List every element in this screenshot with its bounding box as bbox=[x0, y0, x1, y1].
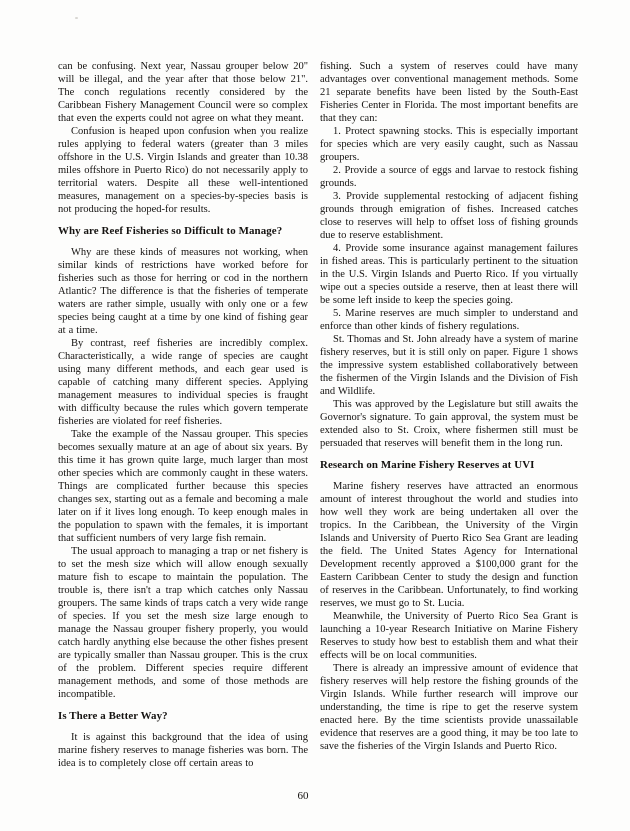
right-column: fishing. Such a system of reserves could… bbox=[320, 60, 578, 770]
paragraph-background-reserves: It is against this background that the i… bbox=[58, 731, 308, 770]
section-heading-why-difficult: Why are Reef Fisheries so Difficult to M… bbox=[58, 225, 308, 238]
page-number: 60 bbox=[58, 790, 548, 802]
two-column-text-block: can be confusing. Next year, Nassau grou… bbox=[58, 60, 578, 770]
benefit-item-2: 2. Provide a source of eggs and larvae t… bbox=[320, 164, 578, 190]
benefit-item-5: 5. Marine reserves are much simpler to u… bbox=[320, 307, 578, 333]
benefit-item-3: 3. Provide supplemental restocking of ad… bbox=[320, 190, 578, 242]
paragraph-fishing-benefits-intro: fishing. Such a system of reserves could… bbox=[320, 60, 578, 125]
paragraph-reef-complex: By contrast, reef fisheries are incredib… bbox=[58, 337, 308, 428]
paragraph-confusing-rules: can be confusing. Next year, Nassau grou… bbox=[58, 60, 308, 125]
paragraph-legislature-approval: This was approved by the Legislature but… bbox=[320, 398, 578, 450]
paragraph-research-interest: Marine fishery reserves have attracted a… bbox=[320, 480, 578, 610]
left-column: can be confusing. Next year, Nassau grou… bbox=[58, 60, 308, 770]
paragraph-mesh-size: The usual approach to managing a trap or… bbox=[58, 545, 308, 701]
section-heading-research-uvi: Research on Marine Fishery Reserves at U… bbox=[320, 459, 578, 472]
paragraph-evidence-conclusion: There is already an impressive amount of… bbox=[320, 662, 578, 753]
paragraph-meanwhile-initiative: Meanwhile, the University of Puerto Rico… bbox=[320, 610, 578, 662]
paragraph-nassau-grouper: Take the example of the Nassau grouper. … bbox=[58, 428, 308, 545]
benefit-item-4: 4. Provide some insurance against manage… bbox=[320, 242, 578, 307]
paragraph-measures-not-working: Why are these kinds of measures not work… bbox=[58, 246, 308, 337]
paragraph-federal-waters: Confusion is heaped upon confusion when … bbox=[58, 125, 308, 216]
benefit-item-1: 1. Protect spawning stocks. This is espe… bbox=[320, 125, 578, 164]
paragraph-st-thomas-system: St. Thomas and St. John already have a s… bbox=[320, 333, 578, 398]
section-heading-better-way: Is There a Better Way? bbox=[58, 710, 308, 723]
document-page: can be confusing. Next year, Nassau grou… bbox=[0, 0, 630, 831]
scan-artifact bbox=[75, 17, 78, 19]
